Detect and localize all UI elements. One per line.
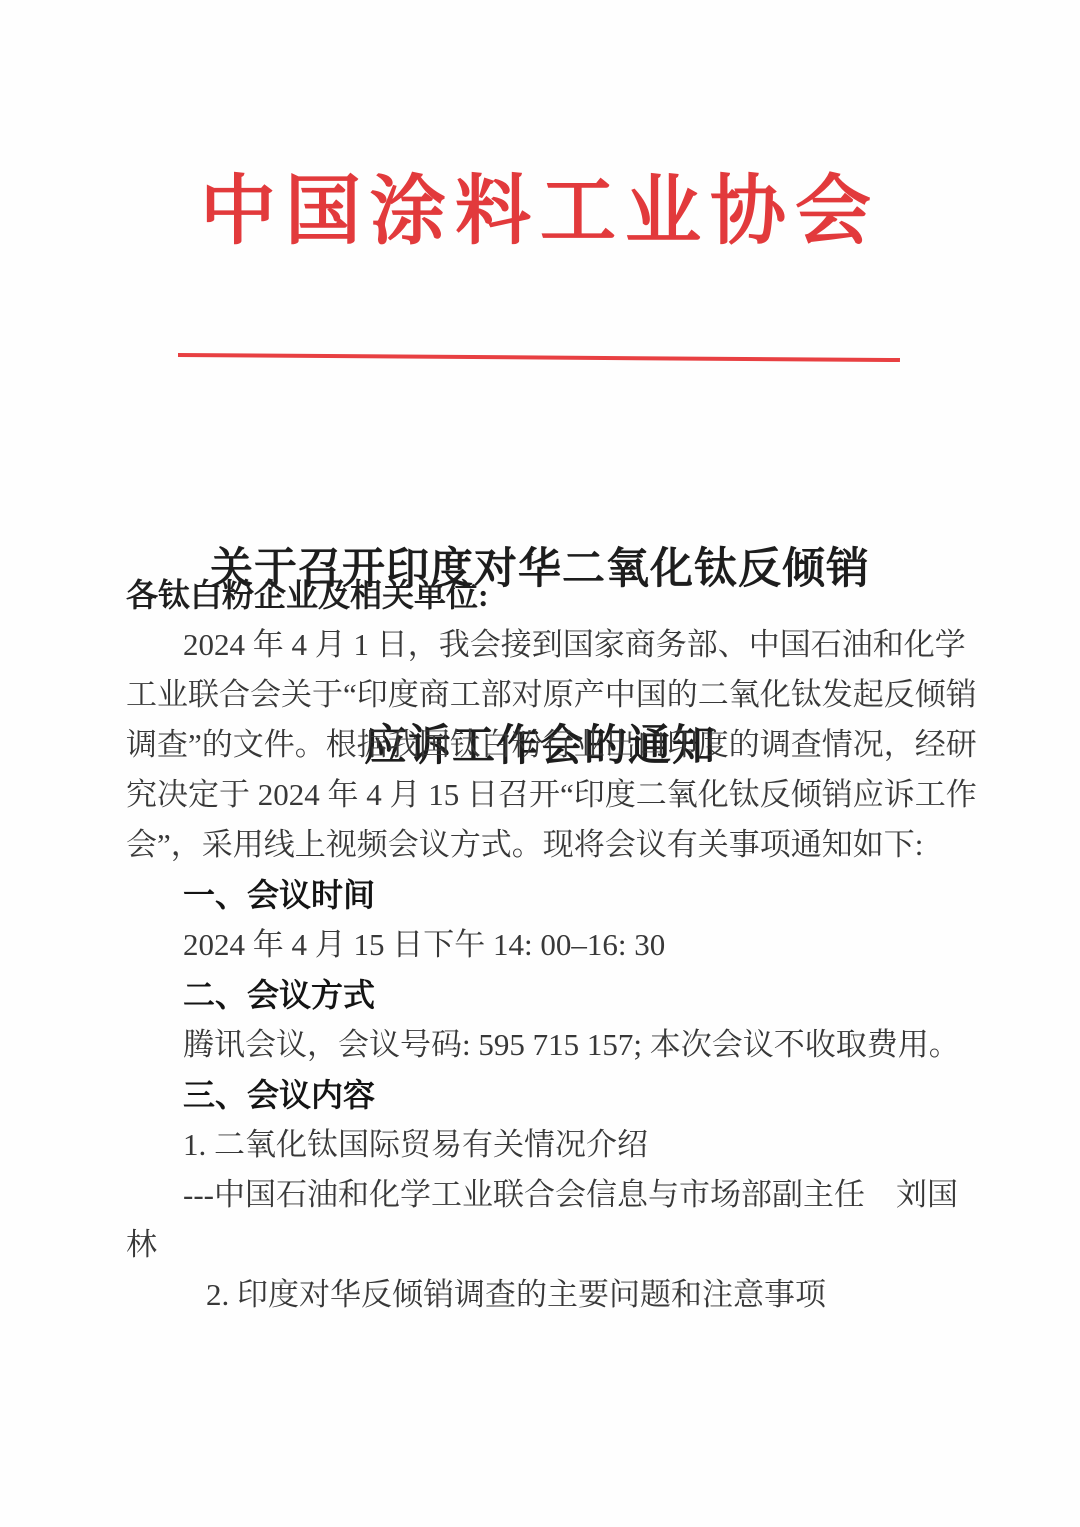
salutation-line: 各钛白粉企业及相关单位: — [126, 570, 974, 620]
text-line: 调查”的文件。根据我国钛白粉行业出口印度的调查情况，经研 — [126, 720, 974, 770]
text-line: ---中国石油和化学工业联合会信息与市场部副主任 刘国 — [126, 1170, 974, 1220]
document-page: 中国涂料工业协会 关于召开印度对华二氧化钛反倾销 应诉工作会的通知 各钛白粉企业… — [0, 0, 1080, 1527]
document-body: 各钛白粉企业及相关单位:2024 年 4 月 1 日，我会接到国家商务部、中国石… — [126, 570, 974, 1320]
org-name-header: 中国涂料工业协会 — [0, 150, 1080, 259]
text-line: 究决定于 2024 年 4 月 15 日召开“印度二氧化钛反倾销应诉工作 — [126, 770, 974, 820]
text-line: 1. 二氧化钛国际贸易有关情况介绍 — [126, 1120, 974, 1170]
red-divider-line — [178, 353, 900, 362]
section-heading: 二、会议方式 — [126, 970, 974, 1020]
text-line: 2. 印度对华反倾销调查的主要问题和注意事项 — [126, 1270, 974, 1320]
text-line: 林 — [126, 1220, 974, 1270]
text-line: 腾讯会议，会议号码: 595 715 157; 本次会议不收取费用。 — [126, 1020, 974, 1070]
text-line: 2024 年 4 月 1 日，我会接到国家商务部、中国石油和化学 — [126, 620, 974, 670]
text-line: 工业联合会关于“印度商工部对原产中国的二氧化钛发起反倾销 — [126, 670, 974, 720]
text-line: 2024 年 4 月 15 日下午 14: 00–16: 30 — [126, 920, 974, 970]
section-heading: 一、会议时间 — [126, 870, 974, 920]
text-line: 会”，采用线上视频会议方式。现将会议有关事项通知如下: — [126, 820, 974, 870]
section-heading: 三、会议内容 — [126, 1070, 974, 1120]
